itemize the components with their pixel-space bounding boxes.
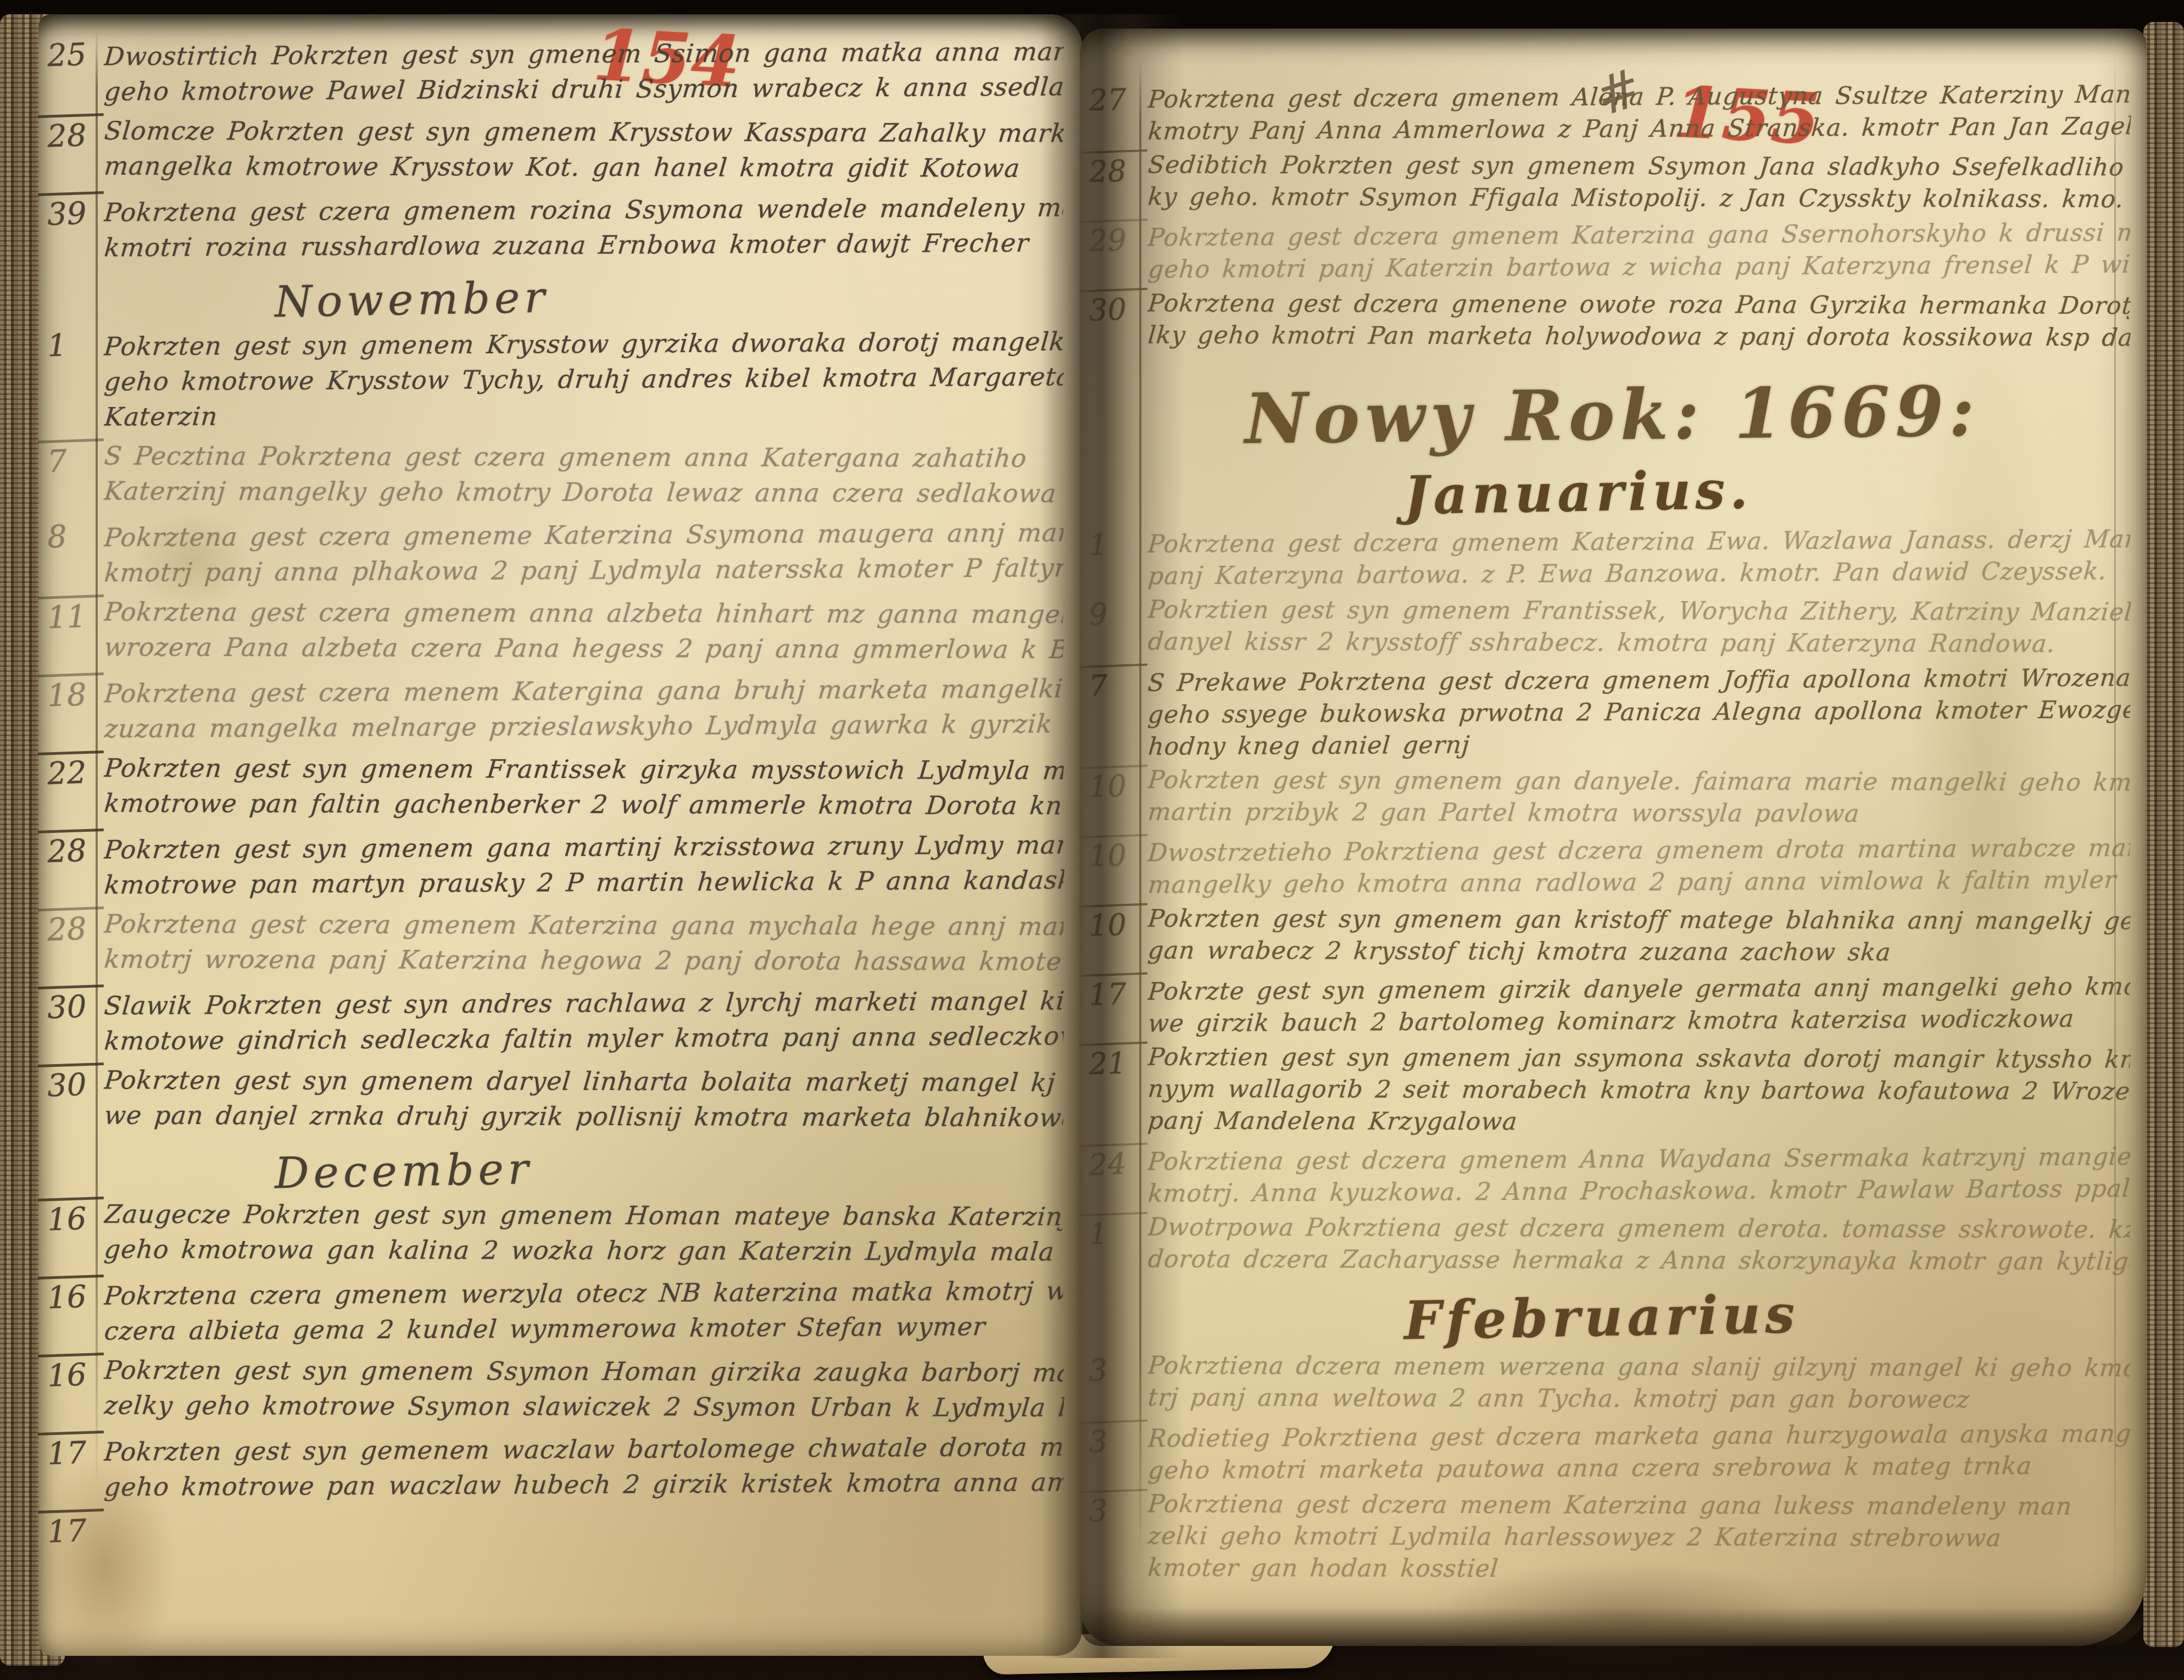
entry-line: Zaugecze Pokrzten gest syn gmenem Homan … [103, 1197, 1065, 1234]
register-entry: 28Pokrztena gest czera gmenem Katerzina … [38, 908, 1063, 978]
entry-line: Pokrztena gest czera gmenem Katerzina ga… [103, 906, 1065, 944]
entry-line: Dwotrpowa Pokrztiena gest dczera gmenem … [1146, 1212, 2131, 1247]
register-entry: 3Pokrztiena dczera menem werzena gana sl… [1080, 1351, 2130, 1415]
entry-text: Pokrztien gest syn gmenem jan ssymona ss… [1148, 1042, 2130, 1140]
register-entry: 16Pokrzten gest syn gmenem Ssymon Homan … [38, 1354, 1063, 1424]
entry-line: kmotrj panj anna plhakowa 2 panj Lydmyla… [103, 550, 1065, 590]
entry-text: Pokrztena gest czera menem Katergina gan… [104, 671, 1064, 746]
entry-text: Pokrzten gest syn gmenem gana martinj kr… [104, 827, 1064, 902]
entry-day-number: 3 [1079, 1420, 1149, 1460]
entry-text: Pokrzten gest syn gmenem gan danyele. fa… [1148, 765, 2130, 831]
month-heading: December [274, 1134, 1063, 1199]
register-entry: 1Pokrzten gest syn gmenem Krysstow gyrzi… [38, 326, 1063, 432]
entry-line: zelki geho kmotri Lydmila harlessowyez 2… [1146, 1521, 2131, 1555]
entry-text: Dwostrzetieho Pokrztiena gest dczera gme… [1148, 832, 2131, 901]
entry-line: Pokrztiena gest dczera menem Katerzina g… [1147, 1489, 2132, 1523]
page-stack-edge-right [2143, 22, 2184, 1647]
entry-line: Pokrztena gest czera gmenem anna alzbeta… [103, 594, 1065, 632]
entry-text: Slomcze Pokrzten gest syn gmenem Kryssto… [104, 113, 1063, 186]
register-entry: 17Pokrzte gest syn gmenem girzik danyele… [1080, 973, 2130, 1037]
register-entry: 30Slawik Pokrzten gest syn andres rachla… [38, 986, 1063, 1056]
entry-text: Dwotrpowa Pokrztiena gest dczera gmenem … [1148, 1212, 2130, 1278]
entry-line: czera albieta gema 2 kundel wymmerowa km… [103, 1308, 1065, 1348]
register-entry: 11Pokrztena gest czera gmenem anna alzbe… [38, 596, 1063, 666]
register-entry: 30Pokrztena gest dczera gmenene owote ro… [1080, 289, 2130, 353]
entry-day-number: 17 [38, 1509, 105, 1550]
entry-text: Pokrzten gest syn gmenem Frantissek girz… [104, 750, 1063, 824]
entry-line: Pokrztien gest syn gmenem jan ssymona ss… [1147, 1042, 2132, 1076]
entry-line: kmotry Panj Anna Ammerlowa z Panj Anna S… [1147, 110, 2132, 147]
entry-text: Pokrzten gest syn gmenem daryel linharta… [104, 1062, 1063, 1136]
register-entry: 29Pokrztena gest dczera gmenem Katerzina… [1080, 220, 2130, 283]
register-entry: 7S Pecztina Pokrztena gest czera gmenem … [38, 440, 1063, 510]
entry-text: Zaugecze Pokrzten gest syn gmenem Homan … [104, 1197, 1063, 1270]
entry-line: hodny kneg daniel gernj [1147, 726, 2132, 763]
entry-line: Pokrztena gest dczera gmenem Katerzina E… [1146, 524, 2131, 560]
entry-line: zelky geho kmotrowe Ssymon slawiczek 2 S… [103, 1388, 1065, 1426]
entry-day-number: 21 [1079, 1042, 1149, 1082]
entry-text: Pokrzten gest syn gmenem Krysstow gyrzik… [104, 324, 1064, 434]
entry-line: Dwostirtich Pokrzten gest syn gmenem Ssi… [103, 34, 1065, 74]
entry-line: Pokrztena gest czera menem Katergina gan… [103, 671, 1065, 711]
entry-line: Pokrztena czera gmenem werzyla otecz NB … [103, 1273, 1065, 1313]
entry-line: we pan danjel zrnka druhj gyrzik pollisn… [103, 1098, 1065, 1136]
entry-line: Pokrzten gest syn gmenem gan danyele. fa… [1146, 765, 2131, 799]
register-entry: 28Slomcze Pokrzten gest syn gmenem Kryss… [38, 114, 1063, 185]
entry-day-number: 16 [38, 1353, 105, 1394]
entry-line: martin przibyk 2 gan Partel kmotra worss… [1146, 797, 2131, 831]
entry-line: geho kmotri panj Katerzin bartowa z wich… [1147, 249, 2132, 286]
entry-line: Rodietieg Pokrztiena gest dczera marketa… [1146, 1418, 2131, 1455]
entry-line: Pokrzten gest syn gmenem Frantissek girz… [103, 750, 1065, 788]
entry-day-number: 1 [1079, 1212, 1149, 1252]
entry-day-number: 17 [1079, 972, 1149, 1013]
entry-line: Pokrzten gest syn gmenem gana martinj kr… [103, 827, 1065, 867]
entry-line: mangelka kmotrowe Krysstow Kot. gan hane… [103, 148, 1065, 186]
entry-day-number: 16 [38, 1197, 105, 1238]
left-page: 154 25Dwostirtich Pokrzten gest syn gmen… [38, 14, 1082, 1656]
entry-line: Pokrztena gest czera gmeneme Katerzina S… [103, 515, 1065, 555]
entry-line: dorota dczera Zacharyasse hermaka z Anna… [1146, 1244, 2131, 1278]
register-entry: 16Pokrztena czera gmenem werzyla otecz N… [38, 1276, 1063, 1346]
entry-day-number: 28 [38, 906, 105, 948]
entry-line: kmotowe gindrich sedleczka faltin myler … [103, 1018, 1065, 1058]
entry-line: Katerzin [103, 394, 1065, 434]
entry-text: Pokrztiena dczera menem werzena gana sla… [1148, 1350, 2130, 1417]
entry-text: Sedibtich Pokrzten gest syn gmenem Ssymo… [1148, 149, 2130, 216]
entry-day-number: 17 [38, 1431, 105, 1472]
entry-text: S Prekawe Pokrztena gest dczera gmenem J… [1148, 662, 2131, 763]
register-entry: 17 [38, 1510, 1063, 1549]
entry-text [104, 1509, 1063, 1511]
register-entry: 28Sedibtich Pokrzten gest syn gmenem Ssy… [1080, 151, 2130, 214]
entry-day-number: 30 [1079, 288, 1149, 328]
entry-line: Pokrzten gest syn gemenem waczlaw bartol… [103, 1429, 1065, 1469]
entry-line: Pokrztena gest czera gmenem rozina Ssymo… [103, 190, 1065, 230]
entry-day-number: 24 [1079, 1143, 1149, 1183]
entry-line: Pokrzten gest syn gmenem gan kristoff ma… [1146, 903, 2131, 938]
entry-day-number: 29 [1079, 219, 1149, 259]
entry-text: Pokrztena gest dczera gmenem Alena P. Au… [1148, 79, 2131, 147]
entry-line: S Prekawe Pokrztena gest dczera gmenem J… [1146, 662, 2131, 699]
entry-day-number: 30 [38, 984, 105, 1026]
entry-text: Pokrztena gest czera gmenem rozina Ssymo… [104, 190, 1064, 265]
entry-line: panj Mandelena Krzygalowa [1146, 1105, 2131, 1140]
register-entry: 25Dwostirtich Pokrzten gest syn gmenem S… [38, 36, 1063, 107]
entry-line: Pokrzten gest syn gmenem Ssymon Homan gi… [103, 1353, 1065, 1390]
entry-day-number: 28 [38, 828, 105, 870]
register-entry: 7S Prekawe Pokrztena gest dczera gmenem … [1080, 665, 2130, 760]
entry-text: Pokrzten gest syn gmenem gan kristoff ma… [1148, 903, 2130, 970]
entry-day-number: 7 [38, 438, 105, 480]
entry-line: wrozera Pana alzbeta czera Pana hegess 2… [103, 630, 1065, 667]
entry-text: Rodietieg Pokrztiena gest dczera marketa… [1148, 1418, 2131, 1487]
entry-line: geho kmotrowe pan waczlaw hubech 2 girzi… [103, 1464, 1065, 1504]
entry-text: Dwostirtich Pokrzten gest syn gmenem Ssi… [104, 34, 1064, 109]
entry-line: trj panj anna weltowa 2 ann Tycha. kmotr… [1146, 1382, 2131, 1417]
entry-day-number: 1 [1079, 525, 1149, 563]
entry-line: kmotrowe pan faltin gachenberker 2 wolf … [103, 786, 1065, 824]
register-entry: 10Pokrzten gest syn gmenem gan kristoff … [1080, 904, 2130, 968]
entry-line: Pokrztiena gest dczera gmenem Anna Wayda… [1146, 1141, 2131, 1178]
entry-line: Katerzinj mangelky geho kmotry Dorota le… [103, 474, 1065, 511]
register-entry: 24Pokrztiena gest dczera gmenem Anna Way… [1080, 1144, 2130, 1208]
entry-line: Pokrztena gest dczera gmenem Alena P. Au… [1146, 79, 2131, 115]
register-entry: 17Pokrzten gest syn gemenem waczlaw bart… [38, 1432, 1063, 1502]
entry-line: Pokrztiena dczera menem werzena gana sla… [1146, 1350, 2131, 1385]
entry-text: Pokrztena gest czera gmenem Katerzina ga… [104, 906, 1063, 980]
entry-line: Slawik Pokrzten gest syn andres rachlawa… [103, 983, 1065, 1023]
entry-text: Pokrztena gest dczera gmenem Katerzina E… [1148, 524, 2131, 592]
entry-line: geho kmotrowa gan kalina 2 wozka horz ga… [103, 1232, 1065, 1270]
entry-line: Pokrzte gest syn gmenem girzik danyele g… [1146, 971, 2131, 1008]
register-entry: 9Pokrztien gest syn gmenem Frantissek, W… [1080, 596, 2130, 659]
register-entry: 10Pokrzten gest syn gmenem gan danyele. … [1080, 766, 2130, 830]
entry-line: geho kmotrowe Krysstow Tychy, druhj andr… [103, 359, 1065, 399]
entry-text: Pokrztena gest czera gmeneme Katerzina S… [104, 515, 1064, 590]
entry-line: lky geho kmotri Pan marketa holywodowa z… [1146, 320, 2131, 354]
entry-day-number: 28 [38, 113, 105, 155]
entry-line: geho kmotrowe Pawel Bidzinski druhi Ssym… [103, 69, 1065, 109]
entry-line: kmotrowe pan martyn prausky 2 P martin h… [103, 862, 1065, 902]
entry-text: Slawik Pokrzten gest syn andres rachlawa… [104, 983, 1064, 1058]
entry-line: we girzik bauch 2 bartolomeg kominarz km… [1147, 1003, 2132, 1039]
entry-text: Pokrztiena gest dczera gmenem Anna Wayda… [1148, 1141, 2131, 1210]
entry-day-number: 9 [1079, 594, 1149, 632]
entry-line: kmoter gan hodan kosstiel [1146, 1553, 2131, 1587]
entry-day-number: 10 [1079, 834, 1149, 874]
entry-day-number: 27 [1079, 80, 1149, 118]
entry-line: Pokrztien gest syn gmenem Frantissek, Wo… [1146, 594, 2131, 629]
entry-day-number: 16 [38, 1275, 105, 1316]
entry-text: Pokrztena gest dczera gmenem Katerzina g… [1148, 217, 2131, 286]
register-entry: 3Pokrztiena gest dczera menem Katerzina … [1080, 1490, 2130, 1586]
register-entry: 39Pokrztena gest czera gmenem rozina Ssy… [38, 192, 1063, 263]
entry-day-number: 11 [38, 594, 105, 636]
register-entry: 10Dwostrzetieho Pokrztiena gest dczera g… [1080, 835, 2130, 899]
entry-day-number: 3 [1079, 1350, 1149, 1388]
register-entry: 16Zaugecze Pokrzten gest syn gmenem Homa… [38, 1198, 1063, 1268]
register-entry: 22Pokrzten gest syn gmenem Frantissek gi… [38, 752, 1063, 822]
entry-line: panj Katerzyna bartowa. z P. Ewa Banzowa… [1147, 555, 2132, 592]
entry-day-number: 3 [1079, 1489, 1149, 1529]
entry-day-number: 1 [38, 325, 105, 364]
entry-line: gan wrabecz 2 krysstof tichj kmotra zuza… [1146, 935, 2131, 970]
year-heading: Nowy Rok: 1669: [1244, 367, 2131, 462]
register-entry: 30Pokrzten gest syn gmenem daryel linhar… [38, 1064, 1063, 1134]
register-entry: 21Pokrztien gest syn gmenem jan ssymona … [1080, 1043, 2130, 1138]
entry-day-number: 18 [38, 672, 105, 714]
entry-line: mangelky geho kmotra anna radlowa 2 panj… [1147, 864, 2132, 901]
entry-text: Pokrztena gest czera gmenem anna alzbeta… [104, 594, 1063, 667]
entry-line: Pokrzten gest syn gmenem daryel linharta… [103, 1062, 1065, 1100]
register-entry: 28Pokrzten gest syn gmenem gana martinj … [38, 830, 1063, 900]
entry-line: Sedibtich Pokrzten gest syn gmenem Ssymo… [1146, 149, 2131, 184]
entry-day-number: 22 [38, 750, 105, 792]
entry-line: geho kmotri marketa pautowa anna czera s… [1147, 1450, 2132, 1487]
entry-line: kmotri rozina russhardlowa zuzana Ernbow… [103, 225, 1065, 265]
entry-line: nyym wallagorib 2 seit morabech kmotra k… [1146, 1073, 2131, 1108]
left-page-entries: 25Dwostirtich Pokrzten gest syn gmenem S… [38, 14, 1082, 1656]
entry-line: kmotrj wrozena panj Katerzina hegowa 2 p… [103, 942, 1065, 980]
entry-line: S Pecztina Pokrztena gest czera gmenem a… [103, 438, 1065, 476]
manuscript-book-spread: 154 25Dwostirtich Pokrzten gest syn gmen… [0, 0, 2184, 1680]
entry-day-number: 10 [1079, 903, 1149, 943]
entry-line: kmotrj. Anna kyuzkowa. 2 Anna Prochaskow… [1147, 1173, 2132, 1210]
month-heading: Nowember [274, 263, 1063, 327]
month-heading: Ffebruarius [1403, 1276, 2131, 1353]
entry-text: Pokrzte gest syn gmenem girzik danyele g… [1148, 971, 2131, 1039]
register-entry: 1Dwotrpowa Pokrztiena gest dczera gmenem… [1080, 1213, 2130, 1277]
entry-line: Pokrztena gest dczera gmenem Katerzina g… [1146, 217, 2131, 254]
entry-line: Dwostrzetieho Pokrztiena gest dczera gme… [1146, 832, 2131, 869]
entry-line: geho ssyege bukowska prwotna 2 Panicza A… [1147, 694, 2132, 731]
entry-text: Pokrztien gest syn gmenem Frantissek, Wo… [1148, 594, 2130, 661]
register-entry: 3Rodietieg Pokrztiena gest dczera market… [1080, 1421, 2130, 1484]
entry-text: Pokrztena czera gmenem werzyla otecz NB … [104, 1273, 1064, 1348]
entry-day-number: 10 [1079, 765, 1149, 805]
entry-day-number: 28 [1079, 149, 1149, 190]
entry-line: Slomcze Pokrzten gest syn gmenem Kryssto… [103, 113, 1065, 151]
entry-text: Pokrztena gest dczera gmenene owote roza… [1148, 288, 2130, 354]
entry-line: Pokrzten gest syn gmenem Krysstow gyrzik… [103, 324, 1065, 364]
entry-line: ky geho. kmotr Ssymon Ffigala Mistopolij… [1146, 181, 2131, 216]
entry-line: zuzana mangelka melnarge przieslawskyho … [103, 706, 1065, 746]
entry-day-number: 8 [38, 516, 105, 555]
register-entry: 1Pokrztena gest dczera gmenem Katerzina … [1080, 526, 2130, 590]
entry-day-number: 39 [38, 191, 105, 233]
month-heading: Januarius. [1403, 450, 2131, 528]
register-entry: 27Pokrztena gest dczera gmenem Alena P. … [1080, 81, 2130, 145]
entry-text: Pokrzten gest syn gmenem Ssymon Homan gi… [104, 1353, 1063, 1426]
entry-text: Pokrzten gest syn gemenem waczlaw bartol… [104, 1429, 1064, 1504]
right-page: # 155 27Pokrztena gest dczera gmenem Ale… [1080, 29, 2147, 1646]
entry-text: Pokrztiena gest dczera menem Katerzina g… [1148, 1489, 2130, 1587]
entry-text: S Pecztina Pokrztena gest czera gmenem a… [104, 438, 1063, 511]
register-entry: 18Pokrztena gest czera menem Katergina g… [38, 674, 1063, 744]
register-entry: 8Pokrztena gest czera gmeneme Katerzina … [38, 518, 1063, 588]
entry-line: danyel kissr 2 krysstoff sshrabecz. kmot… [1146, 626, 2131, 661]
right-page-entries: 27Pokrztena gest dczera gmenem Alena P. … [1080, 29, 2147, 1646]
entry-day-number: 7 [1079, 664, 1149, 704]
entry-line: Pokrztena gest dczera gmenene owote roza… [1146, 288, 2131, 322]
entry-day-number: 30 [38, 1062, 105, 1104]
entry-day-number: 25 [38, 35, 105, 74]
